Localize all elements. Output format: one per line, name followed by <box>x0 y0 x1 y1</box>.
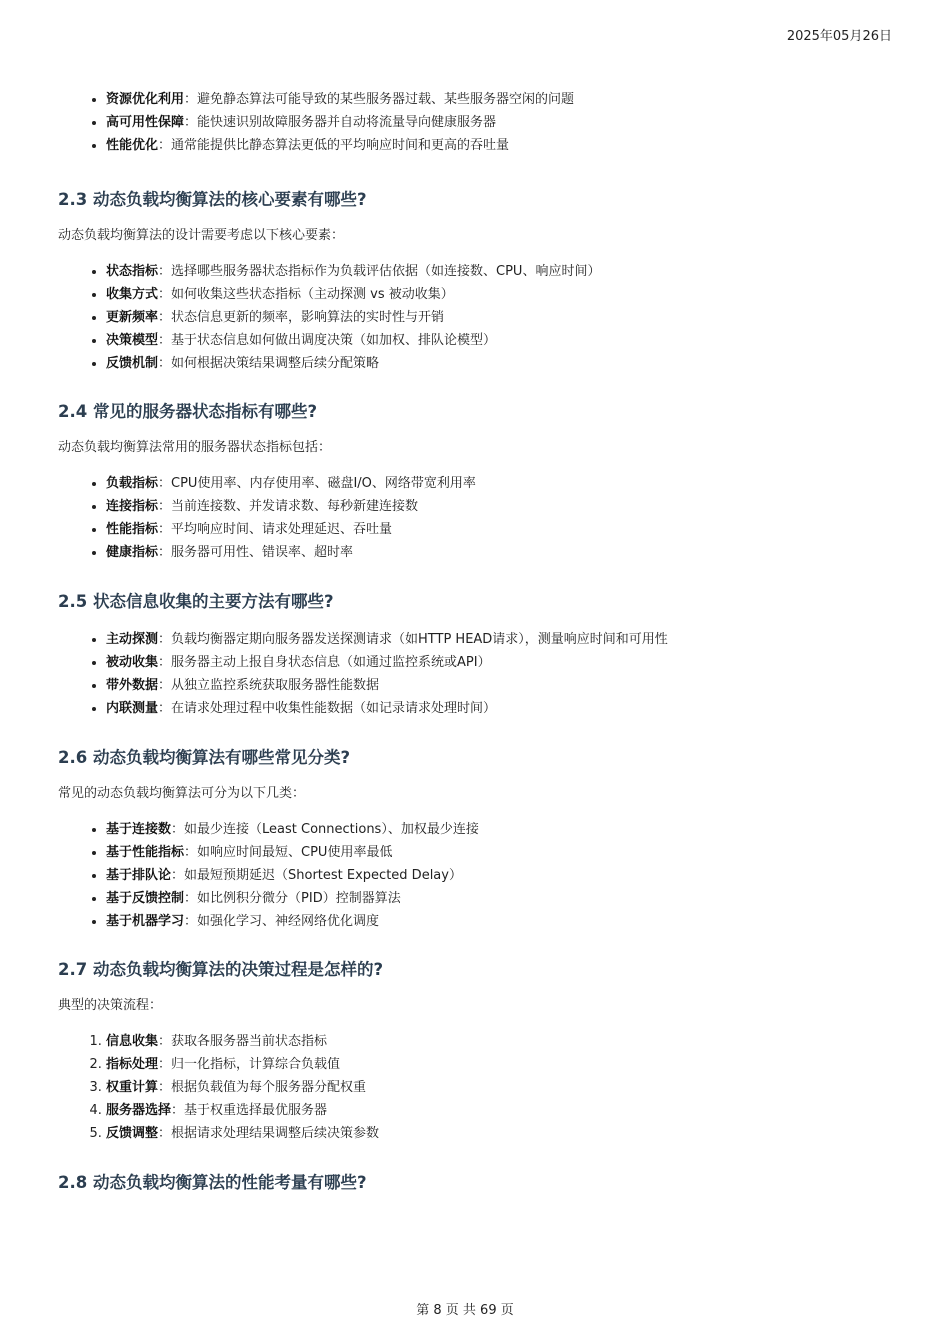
section-heading-2-4: 2.4 常见的服务器状态指标有哪些? <box>58 400 898 424</box>
item-desc: ：能快速识别故障服务器并自动将流量导向健康服务器 <box>184 115 496 130</box>
item-term: 基于排队论 <box>106 868 171 883</box>
list-item: 负载指标：CPU使用率、内存使用率、磁盘I/O、网络带宽利用率 <box>106 472 898 495</box>
item-term: 被动收集 <box>106 655 158 670</box>
item-term: 更新频率 <box>106 310 158 325</box>
list-item: 连接指标：当前连接数、并发请求数、每秒新建连接数 <box>106 495 898 518</box>
list-item: 基于反馈控制：如比例积分微分（PID）控制器算法 <box>106 887 898 910</box>
item-term: 基于机器学习 <box>106 914 184 929</box>
collection-methods-list: 主动探测：负载均衡器定期向服务器发送探测请求（如HTTP HEAD请求），测量响… <box>58 628 898 720</box>
item-term: 性能优化 <box>106 138 158 153</box>
item-term: 决策模型 <box>106 333 158 348</box>
decision-process-list: 信息收集：获取各服务器当前状态指标 指标处理：归一化指标，计算综合负载值 权重计… <box>58 1030 898 1145</box>
section-heading-2-7: 2.7 动态负载均衡算法的决策过程是怎样的? <box>58 958 898 982</box>
list-item: 更新频率：状态信息更新的频率，影响算法的实时性与开销 <box>106 306 898 329</box>
item-desc: ：基于状态信息如何做出调度决策（如加权、排队论模型） <box>158 333 496 348</box>
document-body: 资源优化利用：避免静态算法可能导致的某些服务器过载、某些服务器空闲的问题 高可用… <box>58 88 898 1195</box>
list-item: 决策模型：基于状态信息如何做出调度决策（如加权、排队论模型） <box>106 329 898 352</box>
list-item: 高可用性保障：能快速识别故障服务器并自动将流量导向健康服务器 <box>106 111 898 134</box>
list-item: 健康指标：服务器可用性、错误率、超时率 <box>106 541 898 564</box>
list-item: 基于机器学习：如强化学习、神经网络优化调度 <box>106 910 898 933</box>
item-term: 服务器选择 <box>106 1103 171 1118</box>
status-metrics-list: 负载指标：CPU使用率、内存使用率、磁盘I/O、网络带宽利用率 连接指标：当前连… <box>58 472 898 564</box>
item-term: 反馈机制 <box>106 356 158 371</box>
section-intro: 常见的动态负载均衡算法可分为以下几类： <box>58 784 898 804</box>
item-desc: ：从独立监控系统获取服务器性能数据 <box>158 678 379 693</box>
item-term: 资源优化利用 <box>106 92 184 107</box>
item-term: 反馈调整 <box>106 1126 158 1141</box>
item-desc: ：获取各服务器当前状态指标 <box>158 1034 327 1049</box>
list-item: 性能优化：通常能提供比静态算法更低的平均响应时间和更高的吞吐量 <box>106 134 898 157</box>
item-desc: ：如何收集这些状态指标（主动探测 vs 被动收集） <box>158 287 454 302</box>
list-item: 反馈调整：根据请求处理结果调整后续决策参数 <box>106 1122 898 1145</box>
item-desc: ：CPU使用率、内存使用率、磁盘I/O、网络带宽利用率 <box>158 476 476 491</box>
list-item: 指标处理：归一化指标，计算综合负载值 <box>106 1053 898 1076</box>
item-desc: ：选择哪些服务器状态指标作为负载评估依据（如连接数、CPU、响应时间） <box>158 264 600 279</box>
item-term: 信息收集 <box>106 1034 158 1049</box>
item-desc: ：如响应时间最短、CPU使用率最低 <box>184 845 392 860</box>
list-item: 基于排队论：如最短预期延迟（Shortest Expected Delay） <box>106 864 898 887</box>
section-heading-2-8: 2.8 动态负载均衡算法的性能考量有哪些? <box>58 1171 898 1195</box>
list-item: 服务器选择：基于权重选择最优服务器 <box>106 1099 898 1122</box>
item-desc: ：根据负载值为每个服务器分配权重 <box>158 1080 366 1095</box>
section-heading-2-5: 2.5 状态信息收集的主要方法有哪些? <box>58 590 898 614</box>
section-heading-2-3: 2.3 动态负载均衡算法的核心要素有哪些? <box>58 188 898 212</box>
item-term: 负载指标 <box>106 476 158 491</box>
item-desc: ：如最少连接（Least Connections）、加权最少连接 <box>171 822 479 837</box>
item-term: 权重计算 <box>106 1080 158 1095</box>
item-desc: ：避免静态算法可能导致的某些服务器过载、某些服务器空闲的问题 <box>184 92 574 107</box>
benefits-list: 资源优化利用：避免静态算法可能导致的某些服务器过载、某些服务器空闲的问题 高可用… <box>58 88 898 157</box>
item-desc: ：如强化学习、神经网络优化调度 <box>184 914 379 929</box>
item-desc: ：当前连接数、并发请求数、每秒新建连接数 <box>158 499 418 514</box>
core-elements-list: 状态指标：选择哪些服务器状态指标作为负载评估依据（如连接数、CPU、响应时间） … <box>58 260 898 375</box>
item-desc: ：通常能提供比静态算法更低的平均响应时间和更高的吞吐量 <box>158 138 509 153</box>
section-intro: 典型的决策流程： <box>58 996 898 1016</box>
item-term: 带外数据 <box>106 678 158 693</box>
list-item: 信息收集：获取各服务器当前状态指标 <box>106 1030 898 1053</box>
list-item: 资源优化利用：避免静态算法可能导致的某些服务器过载、某些服务器空闲的问题 <box>106 88 898 111</box>
list-item: 收集方式：如何收集这些状态指标（主动探测 vs 被动收集） <box>106 283 898 306</box>
list-item: 基于性能指标：如响应时间最短、CPU使用率最低 <box>106 841 898 864</box>
item-desc: ：归一化指标，计算综合负载值 <box>158 1057 340 1072</box>
section-heading-2-6: 2.6 动态负载均衡算法有哪些常见分类? <box>58 746 898 770</box>
list-item: 内联测量：在请求处理过程中收集性能数据（如记录请求处理时间） <box>106 697 898 720</box>
algorithm-categories-list: 基于连接数：如最少连接（Least Connections）、加权最少连接 基于… <box>58 818 898 933</box>
list-item: 基于连接数：如最少连接（Least Connections）、加权最少连接 <box>106 818 898 841</box>
item-term: 健康指标 <box>106 545 158 560</box>
item-desc: ：平均响应时间、请求处理延迟、吞吐量 <box>158 522 392 537</box>
list-item: 反馈机制：如何根据决策结果调整后续分配策略 <box>106 352 898 375</box>
list-item: 性能指标：平均响应时间、请求处理延迟、吞吐量 <box>106 518 898 541</box>
list-item: 主动探测：负载均衡器定期向服务器发送探测请求（如HTTP HEAD请求），测量响… <box>106 628 898 651</box>
item-term: 收集方式 <box>106 287 158 302</box>
item-term: 性能指标 <box>106 522 158 537</box>
item-desc: ：状态信息更新的频率，影响算法的实时性与开销 <box>158 310 444 325</box>
item-desc: ：如何根据决策结果调整后续分配策略 <box>158 356 379 371</box>
list-item: 被动收集：服务器主动上报自身状态信息（如通过监控系统或API） <box>106 651 898 674</box>
item-desc: ：负载均衡器定期向服务器发送探测请求（如HTTP HEAD请求），测量响应时间和… <box>158 632 668 647</box>
item-desc: ：如比例积分微分（PID）控制器算法 <box>184 891 401 906</box>
item-desc: ：在请求处理过程中收集性能数据（如记录请求处理时间） <box>158 701 496 716</box>
section-intro: 动态负载均衡算法常用的服务器状态指标包括： <box>58 438 898 458</box>
print-date: 2025年05月26日 <box>787 25 892 44</box>
item-term: 基于反馈控制 <box>106 891 184 906</box>
list-item: 状态指标：选择哪些服务器状态指标作为负载评估依据（如连接数、CPU、响应时间） <box>106 260 898 283</box>
item-desc: ：服务器主动上报自身状态信息（如通过监控系统或API） <box>158 655 491 670</box>
item-desc: ：服务器可用性、错误率、超时率 <box>158 545 353 560</box>
section-intro: 动态负载均衡算法的设计需要考虑以下核心要素： <box>58 226 898 246</box>
item-term: 高可用性保障 <box>106 115 184 130</box>
item-term: 主动探测 <box>106 632 158 647</box>
list-item: 带外数据：从独立监控系统获取服务器性能数据 <box>106 674 898 697</box>
item-desc: ：基于权重选择最优服务器 <box>171 1103 327 1118</box>
item-desc: ：根据请求处理结果调整后续决策参数 <box>158 1126 379 1141</box>
item-term: 内联测量 <box>106 701 158 716</box>
item-term: 连接指标 <box>106 499 158 514</box>
item-term: 基于性能指标 <box>106 845 184 860</box>
page-number: 第 8 页 共 69 页 <box>0 1299 930 1318</box>
item-term: 指标处理 <box>106 1057 158 1072</box>
item-term: 状态指标 <box>106 264 158 279</box>
item-desc: ：如最短预期延迟（Shortest Expected Delay） <box>171 868 462 883</box>
list-item: 权重计算：根据负载值为每个服务器分配权重 <box>106 1076 898 1099</box>
item-term: 基于连接数 <box>106 822 171 837</box>
